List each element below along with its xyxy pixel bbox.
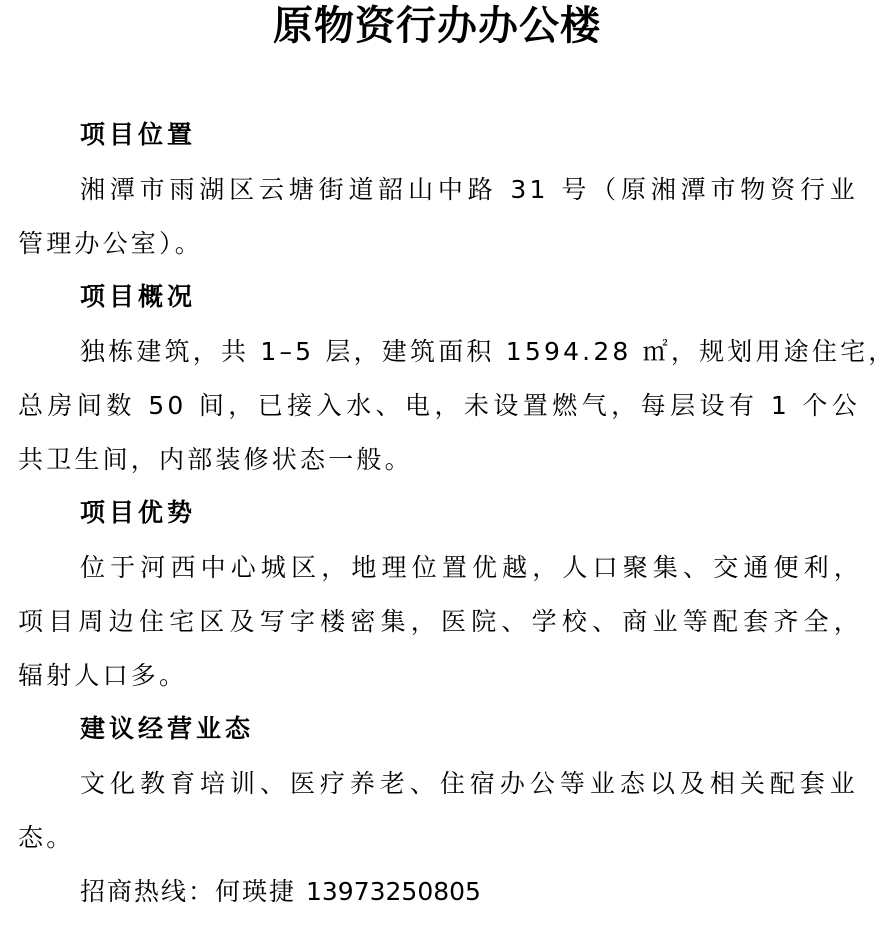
advantages-line-1: 位于河西中心城区，地理位置优越，人口聚集、交通便利，	[80, 552, 862, 584]
location-line-2: 管理办公室）。	[18, 228, 203, 260]
contact-hotline: 招商热线：何瑛捷 13973250805	[80, 876, 481, 908]
contact-phone[interactable]: 13973250805	[306, 877, 481, 906]
section-heading-advantages: 项目优势	[80, 498, 196, 528]
overview-line-1: 独栋建筑，共 1–5 层，建筑面积 1594.28 ㎡，规划用途住宅，	[80, 336, 862, 368]
overview-line-3: 共卫生间，内部装修状态一般。	[18, 444, 413, 476]
contact-label: 招商热线：	[80, 877, 215, 906]
recommended-uses-line-2: 态。	[18, 822, 74, 854]
overview-line-2: 总房间数 50 间，已接入水、电，未设置燃气，每层设有 1 个公	[18, 390, 860, 422]
section-heading-overview: 项目概况	[80, 282, 196, 312]
contact-name: 何瑛捷	[215, 877, 296, 906]
document-title: 原物资行办办公楼	[0, 2, 874, 50]
section-heading-location: 项目位置	[80, 120, 196, 150]
recommended-uses-line-1: 文化教育培训、医疗养老、住宿办公等业态以及相关配套业	[80, 768, 858, 800]
location-line-1: 湘潭市雨湖区云塘街道韶山中路 31 号（原湘潭市物资行业	[80, 174, 858, 206]
advantages-line-3: 辐射人口多。	[18, 660, 187, 692]
advantages-line-2: 项目周边住宅区及写字楼密集，医院、学校、商业等配套齐全，	[18, 606, 862, 638]
section-heading-recommended-uses: 建议经营业态	[80, 714, 254, 744]
